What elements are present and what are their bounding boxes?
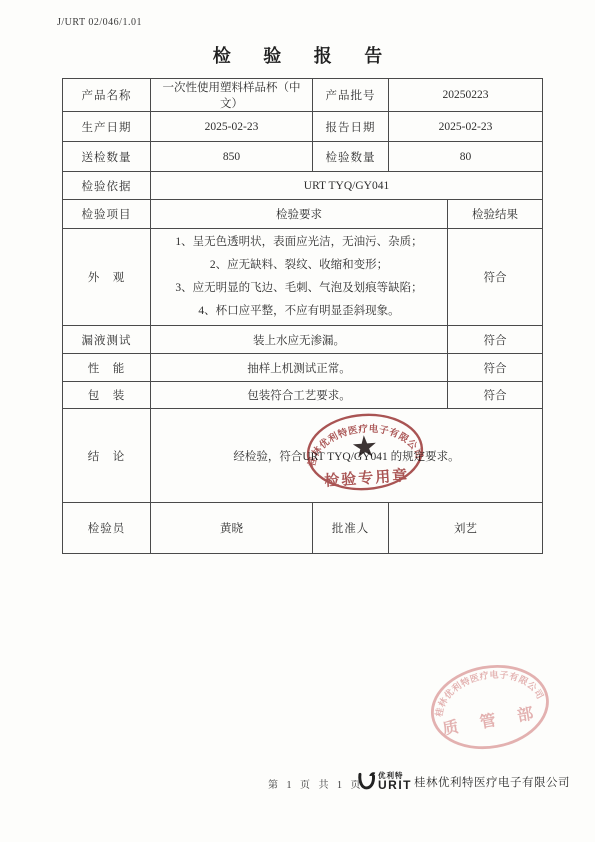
stamp-center-label: 质 管 部 [441,702,544,738]
table-row: 产品名称 一次性使用塑料样品杯（中文） 产品批号 20250223 [63,79,543,112]
packaging-requirement: 包装符合工艺要求。 [151,382,448,409]
approver-name: 刘艺 [389,503,543,554]
performance-result: 符合 [448,354,543,382]
col-header-result: 检验结果 [448,200,543,229]
table-row-leak-test: 漏液测试 装上水应无渗漏。 符合 [63,326,543,354]
submitted-qty-label: 送检数量 [63,142,151,172]
urit-logo-icon [356,770,377,791]
footer-company-name: 桂林优利特医疗电子有限公司 [414,774,570,791]
company-logo-group: 优利特 URIT 桂林优利特医疗电子有限公司 [356,770,570,791]
production-date-label: 生产日期 [63,112,151,142]
conclusion-label: 结 论 [63,409,151,503]
performance-label: 性 能 [63,354,151,382]
logo-wordmark: 优利特 URIT [378,772,412,792]
inspected-qty-value: 80 [389,142,543,172]
table-row-packaging: 包 装 包装符合工艺要求。 符合 [63,382,543,409]
svg-text:桂林优利特医疗电子有限公司: 桂林优利特医疗电子有限公司 [427,660,547,719]
table-row-appearance: 外 观 1、呈无色透明状，表面应光洁，无油污、杂质； 2、应无缺料、裂纹、收缩和… [63,229,543,326]
inspected-qty-label: 检验数量 [313,142,389,172]
table-row: 检验依据 URT TYQ/GY041 [63,172,543,200]
report-date-label: 报告日期 [313,112,389,142]
inspector-label: 检验员 [63,503,151,554]
batch-label: 产品批号 [313,79,389,112]
report-table: 产品名称 一次性使用塑料样品杯（中文） 产品批号 20250223 生产日期 2… [62,78,543,554]
inspection-report-page: J/URT 02/046/1.01 检 验 报 告 产品名称 一次性使用塑料样品… [0,0,595,842]
conclusion-text: 经检验，符合URT TYQ/GY041 的规定要求。 [151,409,543,503]
leak-test-result: 符合 [448,326,543,354]
table-header-row: 检验项目 检验要求 检验结果 [63,200,543,229]
leak-test-requirement: 装上水应无渗漏。 [151,326,448,354]
stamp-company-arc-text: 桂林优利特医疗电子有限公司 [427,660,547,719]
basis-value: URT TYQ/GY041 [151,172,543,200]
table-row-conclusion: 结 论 经检验，符合URT TYQ/GY041 的规定要求。 [63,409,543,503]
appearance-result: 符合 [448,229,543,326]
table-row: 生产日期 2025-02-23 报告日期 2025-02-23 [63,112,543,142]
logo-en-text: URIT [378,779,412,791]
submitted-qty-value: 850 [151,142,313,172]
page-number: 第 1 页 共 1 页 [268,776,364,791]
appearance-label: 外 观 [63,229,151,326]
basis-label: 检验依据 [63,172,151,200]
page-footer: 第 1 页 共 1 页 优利特 URIT 桂林优利特医疗电子有限公司 [0,770,595,796]
packaging-result: 符合 [448,382,543,409]
production-date-value: 2025-02-23 [151,112,313,142]
report-date-value: 2025-02-23 [389,112,543,142]
requirement-line: 4、杯口应平整，不应有明显歪斜现象。 [154,300,444,323]
performance-requirement: 抽样上机测试正常。 [151,354,448,382]
requirement-line: 1、呈无色透明状，表面应光洁，无油污、杂质； [154,231,444,254]
requirement-line: 2、应无缺料、裂纹、收缩和变形； [154,254,444,277]
table-row-signatures: 检验员 黄晓 批准人 刘艺 [63,503,543,554]
document-number: J/URT 02/046/1.01 [57,17,142,28]
table-row: 送检数量 850 检验数量 80 [63,142,543,172]
requirement-line: 3、应无明显的飞边、毛刺、气泡及划痕等缺陷； [154,277,444,300]
inspector-name: 黄晓 [151,503,313,554]
table-row-performance: 性 能 抽样上机测试正常。 符合 [63,354,543,382]
product-name-value: 一次性使用塑料样品杯（中文） [151,79,313,112]
product-name-label: 产品名称 [63,79,151,112]
col-header-item: 检验项目 [63,200,151,229]
batch-value: 20250223 [389,79,543,112]
page-title: 检 验 报 告 [0,42,595,68]
col-header-requirement: 检验要求 [151,200,448,229]
appearance-requirements: 1、呈无色透明状，表面应光洁，无油污、杂质； 2、应无缺料、裂纹、收缩和变形； … [151,229,448,326]
quality-dept-stamp: 桂林优利特医疗电子有限公司 质 管 部 [408,648,572,768]
packaging-label: 包 装 [63,382,151,409]
leak-test-label: 漏液测试 [63,326,151,354]
approver-label: 批准人 [313,503,389,554]
